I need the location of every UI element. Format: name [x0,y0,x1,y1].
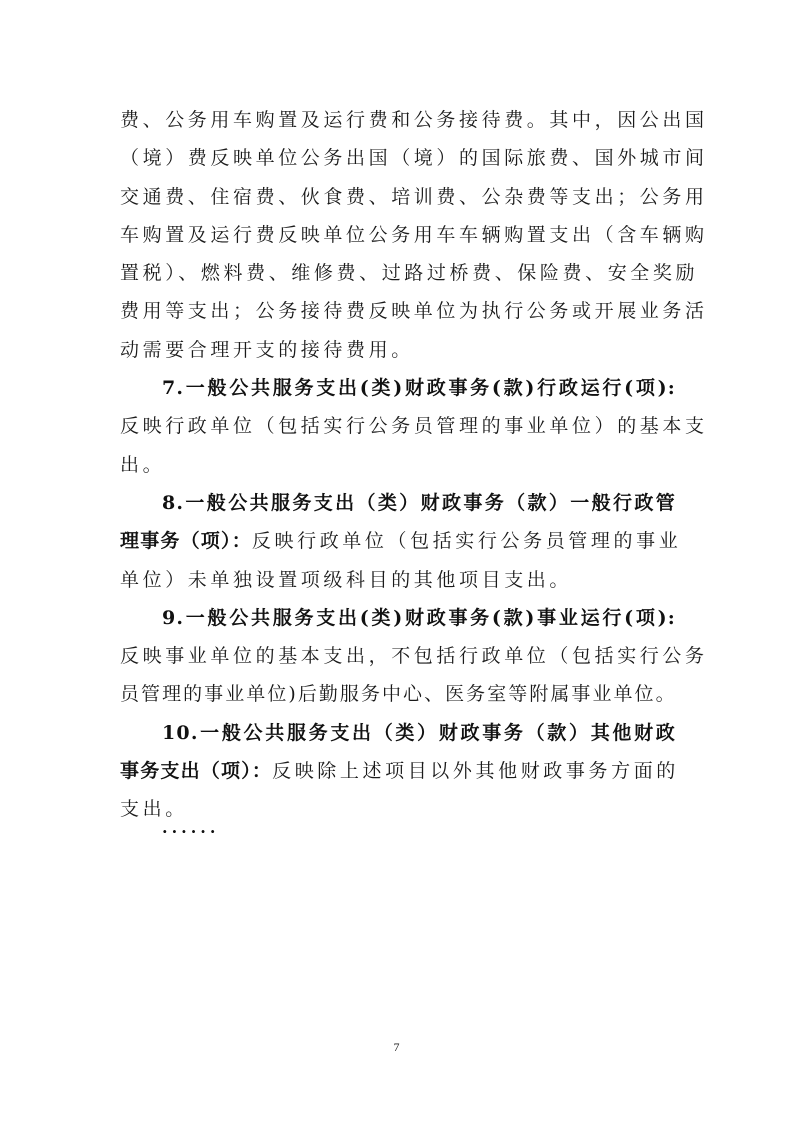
paragraph-line: 车购置及运行费反映单位公务用车车辆购置支出（含车辆购 [120,216,676,254]
item-heading-continuation: 理事务（项）： [120,530,252,552]
item-8-body-line: 理事务（项）：反映行政单位（包括实行公务员管理的事业 [120,522,676,560]
item-7-body-line: 反映行政单位（包括实行公务员管理的事业单位）的基本支 [120,407,676,445]
item-7-heading: 7.一般公共服务支出(类)财政事务(款)行政运行(项): [120,369,676,407]
item-heading-text: 一般公共服务支出(类)财政事务(款)行政运行(项): [184,377,676,399]
item-9-body-line: 反映事业单位的基本支出，不包括行政单位（包括实行公务 [120,637,676,675]
document-page: 费、公务用车购置及运行费和公务接待费。其中，因公出国 （境）费反映单位公务出国（… [0,0,793,1122]
item-10-heading: 10.一般公共服务支出（类）财政事务（款）其他财政 [120,714,676,752]
item-heading-text: 一般公共服务支出（类）财政事务（款）一般行政管 [184,492,676,514]
paragraph-line: 交通费、住宿费、伙食费、培训费、公杂费等支出；公务用 [120,178,676,216]
item-number: 9. [162,607,184,629]
item-body-text: 反映行政单位（包括实行公务员管理的事业 [252,530,681,552]
item-9-body-line: 员管理的事业单位)后勤服务中心、医务室等附属事业单位。 [120,675,676,713]
item-8-body-line: 单位）未单独设置项级科目的其他项目支出。 [120,561,676,599]
item-body-text: 反映除上述项目以外其他财政事务方面的 [272,760,679,782]
paragraph-line: 费用等支出；公务接待费反映单位为执行公务或开展业务活 [120,292,676,330]
paragraph-line: （境）费反映单位公务出国（境）的国际旅费、国外城市间 [120,139,676,177]
ellipsis: ······ [162,822,219,841]
item-heading-text: 一般公共服务支出(类)财政事务(款)事业运行(项): [184,607,676,629]
item-number: 10. [162,722,199,744]
document-body: 费、公务用车购置及运行费和公务接待费。其中，因公出国 （境）费反映单位公务出国（… [120,101,676,829]
item-9-heading: 9.一般公共服务支出(类)财政事务(款)事业运行(项): [120,599,676,637]
item-heading-text: 一般公共服务支出（类）财政事务（款）其他财政 [199,722,676,744]
paragraph-line: 费、公务用车购置及运行费和公务接待费。其中，因公出国 [120,101,676,139]
item-number: 7. [162,377,184,399]
item-7-body-line: 出。 [120,446,676,484]
paragraph-line: 动需要合理开支的接待费用。 [120,331,676,369]
item-8-heading: 8.一般公共服务支出（类）财政事务（款）一般行政管 [120,484,676,522]
paragraph-line: 置税）、燃料费、维修费、过路过桥费、保险费、安全奖励 [120,254,676,292]
item-10-body-line: 事务支出（项）：反映除上述项目以外其他财政事务方面的 [120,752,676,790]
page-number: 7 [0,1040,793,1055]
item-number: 8. [162,492,184,514]
item-heading-continuation: 事务支出（项）： [120,760,272,782]
